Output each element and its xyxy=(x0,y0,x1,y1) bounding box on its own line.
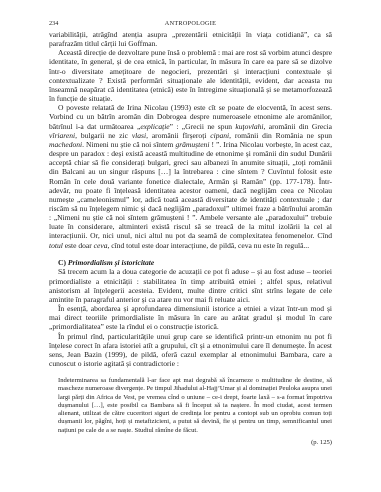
paragraph: În esență, abordarea și aprofundarea dim… xyxy=(49,304,332,331)
italic-text: vîriareni xyxy=(49,131,75,140)
paragraph: Această direcție de dezvoltare pune însă… xyxy=(49,48,332,103)
section-heading: C) Primordialism și istoricitate xyxy=(49,258,332,267)
text-run: este doar xyxy=(63,241,94,250)
section-title: Primordialism și istoricitate xyxy=(68,258,154,267)
quote-citation: (p. 125) xyxy=(58,439,332,447)
italic-text: vlasi xyxy=(132,131,146,140)
section-label: C) xyxy=(58,258,66,267)
text-run: , cînd totul este doar interacțiune, de … xyxy=(107,241,309,250)
paragraph: variabilității, atrăgînd atenția asupra … xyxy=(49,30,332,48)
paragraph: Să trecem acum la a doua categorie de ac… xyxy=(49,267,332,304)
italic-text: grămușteni xyxy=(175,140,209,149)
italic-text: cipani xyxy=(210,131,229,140)
text-run: , aromânii din Grecia xyxy=(264,122,333,131)
book-page: 234 ANTROPOLOGIE variabilității, atrăgîn… xyxy=(49,18,332,447)
text-run: ! ”. Irina Nicolau vorbește, în acest ca… xyxy=(49,140,332,241)
text-run: , românii din România ne spun xyxy=(229,131,332,140)
text-run: În primul rînd, particularitățile unui g… xyxy=(49,332,332,368)
paragraphs-top: variabilității, atrăgînd atenția asupra … xyxy=(49,30,332,250)
quote-text: Indeterminarea sa fundamentală l-ar face… xyxy=(58,377,332,435)
text-run: , bulgarii ne zic xyxy=(75,131,132,140)
block-quote: Indeterminarea sa fundamentală l-ar face… xyxy=(58,377,332,447)
paragraph: În primul rînd, particularitățile unui g… xyxy=(49,332,332,369)
text-run: În esență, abordarea și aprofundarea dim… xyxy=(49,304,332,331)
running-title: ANTROPOLOGIE xyxy=(49,20,332,27)
italic-text: explicație xyxy=(140,122,169,131)
running-header: 234 ANTROPOLOGIE xyxy=(49,18,332,30)
text-run: . Nimeni nu știe că noi sîntem xyxy=(82,140,175,149)
paragraph: O poveste relatată de Irina Nicolau (199… xyxy=(49,103,332,250)
paragraphs-section: Să trecem acum la a doua categorie de ac… xyxy=(49,267,332,368)
italic-text: kuţovlahi xyxy=(235,122,263,131)
text-run: Să trecem acum la a doua categorie de ac… xyxy=(49,267,332,303)
text-run: Această direcție de dezvoltare pune însă… xyxy=(49,48,332,103)
italic-text: ceva xyxy=(94,241,108,250)
italic-text: totul xyxy=(49,241,63,250)
body-text: variabilității, atrăgînd atenția asupra … xyxy=(49,30,332,447)
text-run: , aromânii fîrșeroți xyxy=(146,131,210,140)
italic-text: machedoni xyxy=(49,140,82,149)
text-run: ” : „Grecii ne spun xyxy=(170,122,236,131)
text-run: variabilității, atrăgînd atenția asupra … xyxy=(49,30,332,48)
